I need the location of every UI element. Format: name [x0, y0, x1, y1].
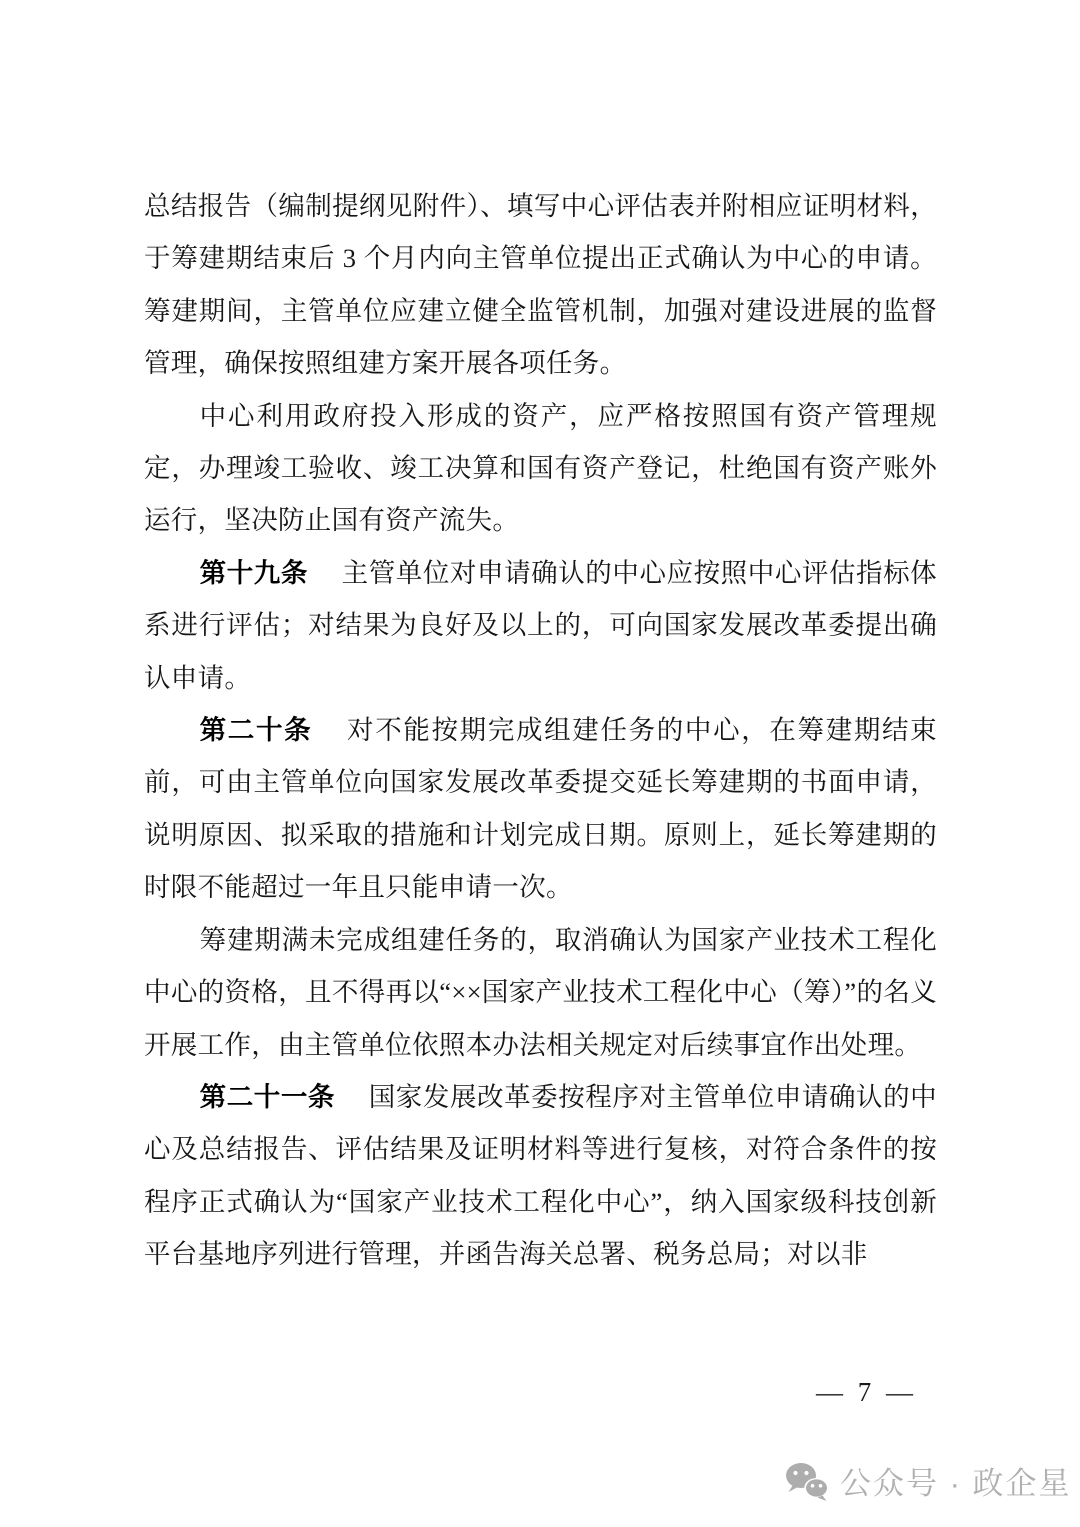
article-number: 第十九条	[200, 558, 308, 588]
paragraph: 总结报告（编制提纲见附件）、填写中心评估表并附相应证明材料，于筹建期结束后 3 …	[144, 180, 937, 390]
paragraph: 第十九条 主管单位对申请确认的中心应按照中心评估指标体系进行评估；对结果为良好及…	[144, 547, 937, 704]
paragraph: 中心利用政府投入形成的资产，应严格按照国有资产管理规定，办理竣工验收、竣工决算和…	[144, 390, 937, 547]
wechat-watermark: 公众号 · 政企星	[784, 1458, 1072, 1503]
article-number: 第二十一条	[200, 1082, 335, 1112]
paragraph-text: 筹建期满未完成组建任务的，取消确认为国家产业技术工程化中心的资格，且不得再以“×…	[144, 925, 937, 1060]
paragraph-text: 中心利用政府投入形成的资产，应严格按照国有资产管理规定，办理竣工验收、竣工决算和…	[144, 401, 937, 536]
paragraph-text: 总结报告（编制提纲见附件）、填写中心评估表并附相应证明材料，于筹建期结束后 3 …	[144, 191, 937, 378]
watermark-label: 公众号 · 政企星	[840, 1458, 1072, 1503]
paragraph: 第二十条 对不能按期完成组建任务的中心，在筹建期结束前，可由主管单位向国家发展改…	[144, 704, 937, 914]
page-number: — 7 —	[816, 1377, 917, 1408]
wechat-icon	[784, 1461, 830, 1501]
article-number: 第二十条	[200, 715, 313, 745]
paragraph: 筹建期满未完成组建任务的，取消确认为国家产业技术工程化中心的资格，且不得再以“×…	[144, 914, 937, 1071]
document-body: 总结报告（编制提纲见附件）、填写中心评估表并附相应证明材料，于筹建期结束后 3 …	[144, 180, 937, 1281]
paragraph: 第二十一条 国家发展改革委按程序对主管单位申请确认的中心及总结报告、评估结果及证…	[144, 1071, 937, 1281]
document-page: 总结报告（编制提纲见附件）、填写中心评估表并附相应证明材料，于筹建期结束后 3 …	[0, 0, 1080, 1527]
